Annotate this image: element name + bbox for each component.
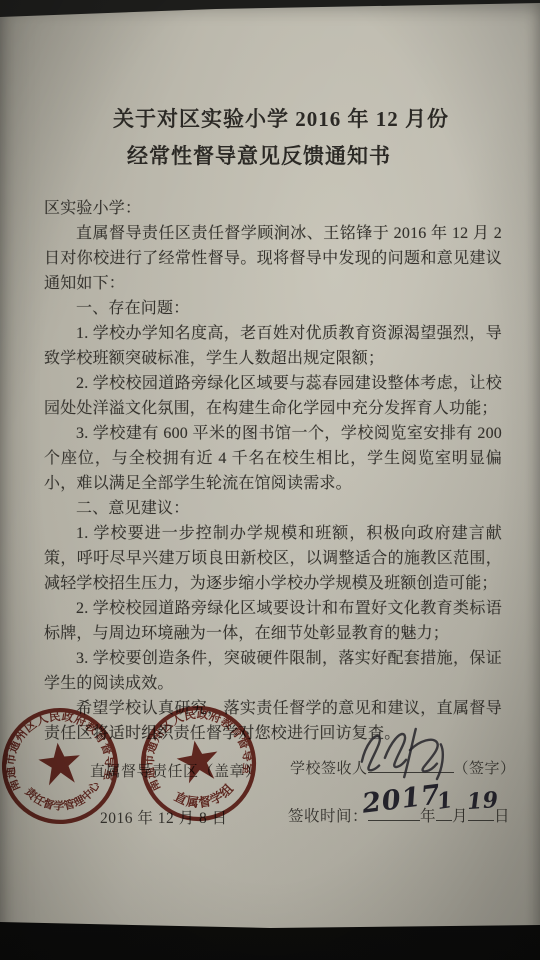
handwritten-signature [356,724,462,784]
paper-sheet: 关于对区实验小学 2016 年 12 月份 经常性督导意见反馈通知书 区实验小学… [0,0,540,960]
handwritten-month: 1 [435,787,455,815]
document-photo: 关于对区实验小学 2016 年 12 月份 经常性督导意见反馈通知书 区实验小学… [0,0,540,960]
document-footer: 直属督导责任区（盖章） 2016 年 12 月 8 日 学校签收人 （签字） 签… [0,0,540,960]
receipt-row: 签收时间：2017年1月19日 [288,804,510,826]
star-icon [174,737,222,785]
sign-suffix: （签字） [454,761,516,777]
receipt-label: 签收时间： [288,808,368,825]
receipt-year-blank: 2017 [368,806,420,821]
star-icon [37,741,83,787]
signature-row: 学校签收人 （签字） [290,757,516,778]
signature-blank [368,758,454,773]
receipt-day-blank: 19 [468,806,494,821]
official-seal-right: 南通市通州区人民政府教育督导室 直属督学组 [128,693,268,833]
receipt-month-blank: 1 [436,806,452,821]
handwritten-day: 19 [466,787,499,815]
official-seal-left: 南通市通州区人民政府教育督导室 责任督学管理中心 [0,699,127,833]
